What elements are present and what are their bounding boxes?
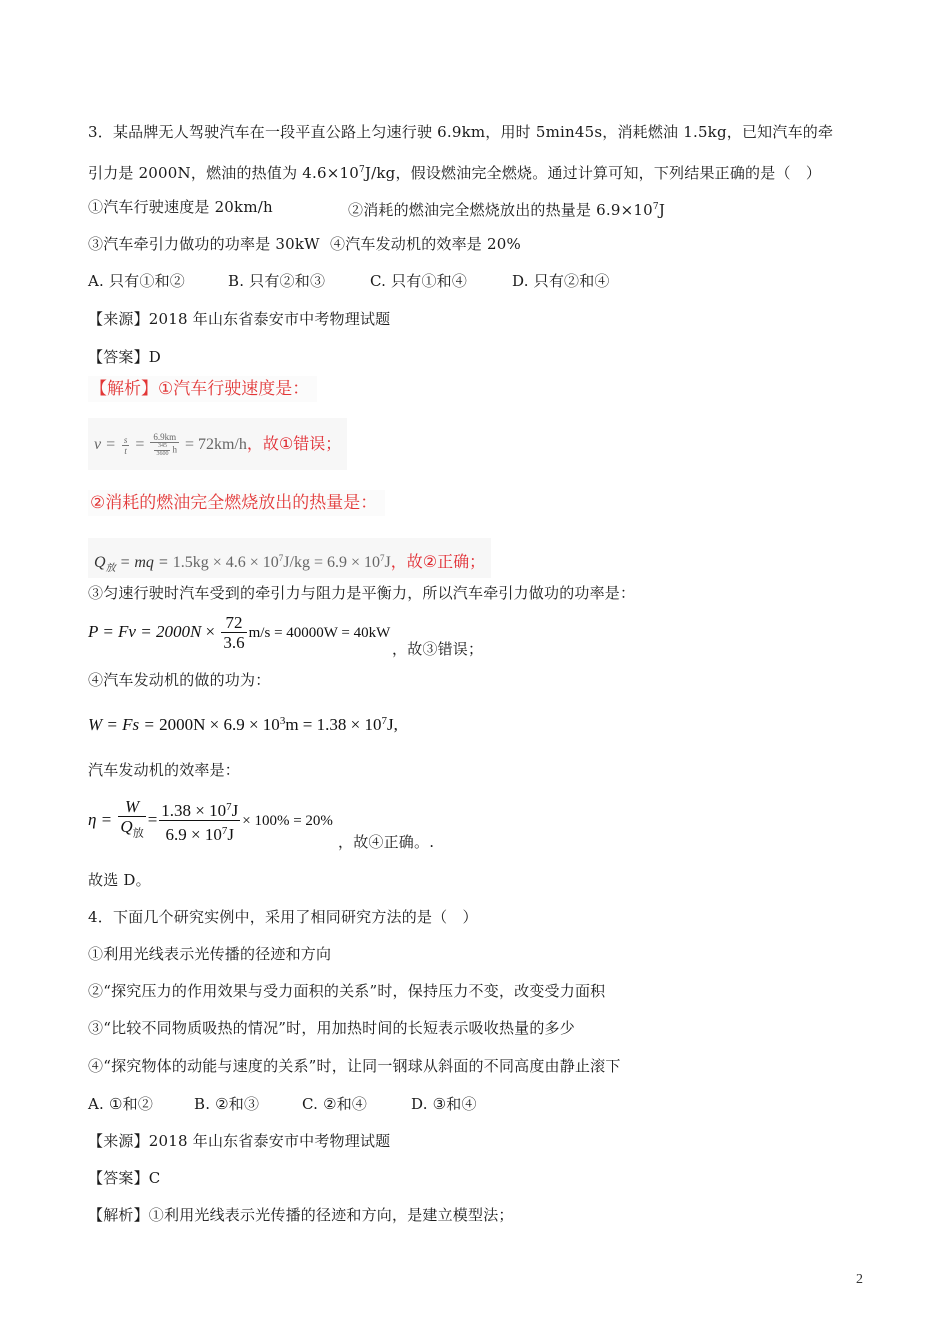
q3-analysis-heading: 【解析】①汽车行驶速度是： (88, 376, 317, 402)
q4-item-2: ②“探究压力的作用效果与受力面积的关系”时，保持压力不变，改变受力面积 (88, 981, 605, 1001)
w-over-q-fraction: WQ放 (118, 798, 145, 843)
q-lhs: Q (94, 554, 106, 571)
eta-lhs: η = (88, 810, 116, 829)
q3-answer: 【答案】D (88, 347, 161, 367)
fraction-numerator: W (118, 798, 145, 817)
work-equation: W = Fs = 2000N × 6.9 × 103m = 1.38 × 107… (88, 708, 398, 738)
q3-statement-2-a: ②消耗的燃油完全燃烧放出的热量是 6.9×10 (348, 201, 653, 219)
fraction-denominator: 3453600h (150, 443, 179, 458)
p-lhs: P = Fv = 2000 (88, 622, 190, 641)
q3-option-c: C. 只有①和④ (370, 271, 467, 291)
w-body3: J, (387, 715, 398, 734)
work-text: ④汽车发动机的做的功为： (88, 670, 270, 690)
q3-statement-4: ④汽车发动机的效率是 20% (330, 234, 521, 254)
q3-statement-3: ③汽车牵引力做功的功率是 30kW (88, 234, 320, 254)
q4-option-a: A. ①和② (88, 1094, 153, 1114)
w-lhs: W = Fs = (88, 715, 159, 734)
q3-statement-2: ②消耗的燃油完全燃烧放出的热量是 6.9×107J (348, 197, 665, 220)
time-fraction: 3453600 (154, 443, 170, 458)
fraction-numerator: 6.9km (150, 432, 179, 443)
efficiency-verdict: ，故④正确。. (338, 832, 434, 852)
num-unit: J (232, 801, 239, 820)
velocity-verdict: ，故①错误； (247, 434, 341, 453)
heat-verdict: ，故②正确； (391, 552, 485, 571)
fraction-denominator: t (122, 446, 130, 456)
q4-item-1: ①利用光线表示光传播的径迹和方向 (88, 944, 331, 964)
q-subscript: 放 (133, 828, 144, 840)
velocity-equation: v = st = 6.9km3453600h = 72km/h，故①错误； (88, 418, 347, 470)
w-body: 2000N × 6.9 × 10 (159, 715, 280, 734)
heat-equation: Q放 = mq = 1.5kg × 4.6 × 107J/kg = 6.9 × … (88, 538, 491, 578)
q4-option-b: B. ②和③ (194, 1094, 259, 1114)
q3-conclusion: 故选 D。 (88, 870, 151, 890)
q3-stem-line2-a: 引力是 2000N，燃油的热值为 4.6×10 (88, 164, 359, 182)
den-unit: J (227, 825, 234, 844)
s-over-t-fraction: st (122, 435, 130, 456)
speed-fraction: 723.6 (221, 614, 246, 653)
efficiency-text: 汽车发动机的效率是： (88, 760, 240, 780)
fraction-denominator: Q放 (118, 817, 145, 843)
q4-answer: 【答案】C (88, 1168, 160, 1188)
num-body: 1.38 × 10 (161, 801, 226, 820)
q3-statement-2-b: J (659, 201, 665, 219)
q4-item-3: ③“比较不同物质吸热的情况”时，用加热时间的长短表示吸收热量的多少 (88, 1018, 575, 1038)
q4-item-4: ④“探究物体的动能与速度的关系”时，让同一钢球从斜面的不同高度由静止滚下 (88, 1056, 621, 1076)
power-verdict: ，故③错误； (392, 639, 483, 659)
fraction-numerator: 345 (154, 443, 170, 451)
eta-rest: × 100% = 20% (242, 813, 333, 829)
p-rest: m/s = 40000W = 40kW (249, 625, 391, 641)
q-body: 1.5kg × 4.6 × 10 (173, 554, 279, 571)
fraction-numerator: s (122, 435, 130, 446)
fraction-denominator: 3600 (154, 451, 170, 458)
q4-option-c: C. ②和④ (302, 1094, 367, 1114)
fraction-numerator: 72 (221, 614, 246, 633)
fraction-denominator: 3.6 (221, 633, 246, 653)
q3-option-d: D. 只有②和④ (512, 271, 610, 291)
power-equation: P = Fv = 2000N × 723.6m/s = 40000W = 40k… (88, 609, 390, 655)
q4-option-d: D. ③和④ (411, 1094, 477, 1114)
v-lhs: v = (94, 436, 120, 453)
q3-option-b: B. 只有②和③ (228, 271, 325, 291)
distance-over-time-fraction: 6.9km3453600h (150, 432, 179, 458)
q3-stem-line2: 引力是 2000N，燃油的热值为 4.6×107J/kg，假设燃油完全燃烧。通过… (88, 160, 821, 183)
velocity-result: = 72km/h (185, 436, 247, 453)
q4-source: 【来源】2018 年山东省泰安市中考物理试题 (88, 1131, 390, 1151)
q4-stem: 4．下面几个研究实例中，采用了相同研究方法的是（ ） (88, 907, 478, 927)
den-body: 6.9 × 10 (166, 825, 222, 844)
q3-stem-line2-b: J/kg，假设燃油完全燃烧。通过计算可知，下列结果正确的是（ ） (365, 164, 821, 182)
efficiency-equation: η = WQ放=1.38 × 107J6.9 × 107J× 100% = 20… (88, 792, 333, 848)
unit: h (172, 445, 177, 455)
q3-stem-line1: 3．某品牌无人驾驶汽车在一段平直公路上匀速行驶 6.9km，用时 5min45s… (88, 122, 833, 142)
q4-analysis: 【解析】①利用光线表示光传播的径迹和方向，是建立模型法； (88, 1205, 514, 1225)
q-mid: = mq = (116, 554, 173, 571)
q3-statement-1: ①汽车行驶速度是 20km/h (88, 197, 273, 217)
energy-fraction: 1.38 × 107J6.9 × 107J (159, 798, 240, 845)
p-unit-n: N (190, 622, 201, 641)
q3-option-a: A. 只有①和② (88, 271, 185, 291)
fraction-numerator: 1.38 × 107J (159, 798, 240, 821)
page-number: 2 (856, 1272, 863, 1288)
q-symbol: Q (120, 817, 132, 836)
fraction-denominator: 6.9 × 107J (159, 821, 240, 845)
p-times: × (201, 622, 219, 641)
q-body2: J/kg = 6.9 × 10 (283, 554, 380, 571)
power-text: ③匀速行驶时汽车受到的牵引力与阻力是平衡力，所以汽车牵引力做功的功率是： (88, 583, 635, 603)
heat-heading: ②消耗的燃油完全燃烧放出的热量是： (88, 490, 385, 516)
q3-source: 【来源】2018 年山东省泰安市中考物理试题 (88, 309, 390, 329)
q-subscript: 放 (106, 563, 116, 574)
w-body2: m = 1.38 × 10 (285, 715, 381, 734)
